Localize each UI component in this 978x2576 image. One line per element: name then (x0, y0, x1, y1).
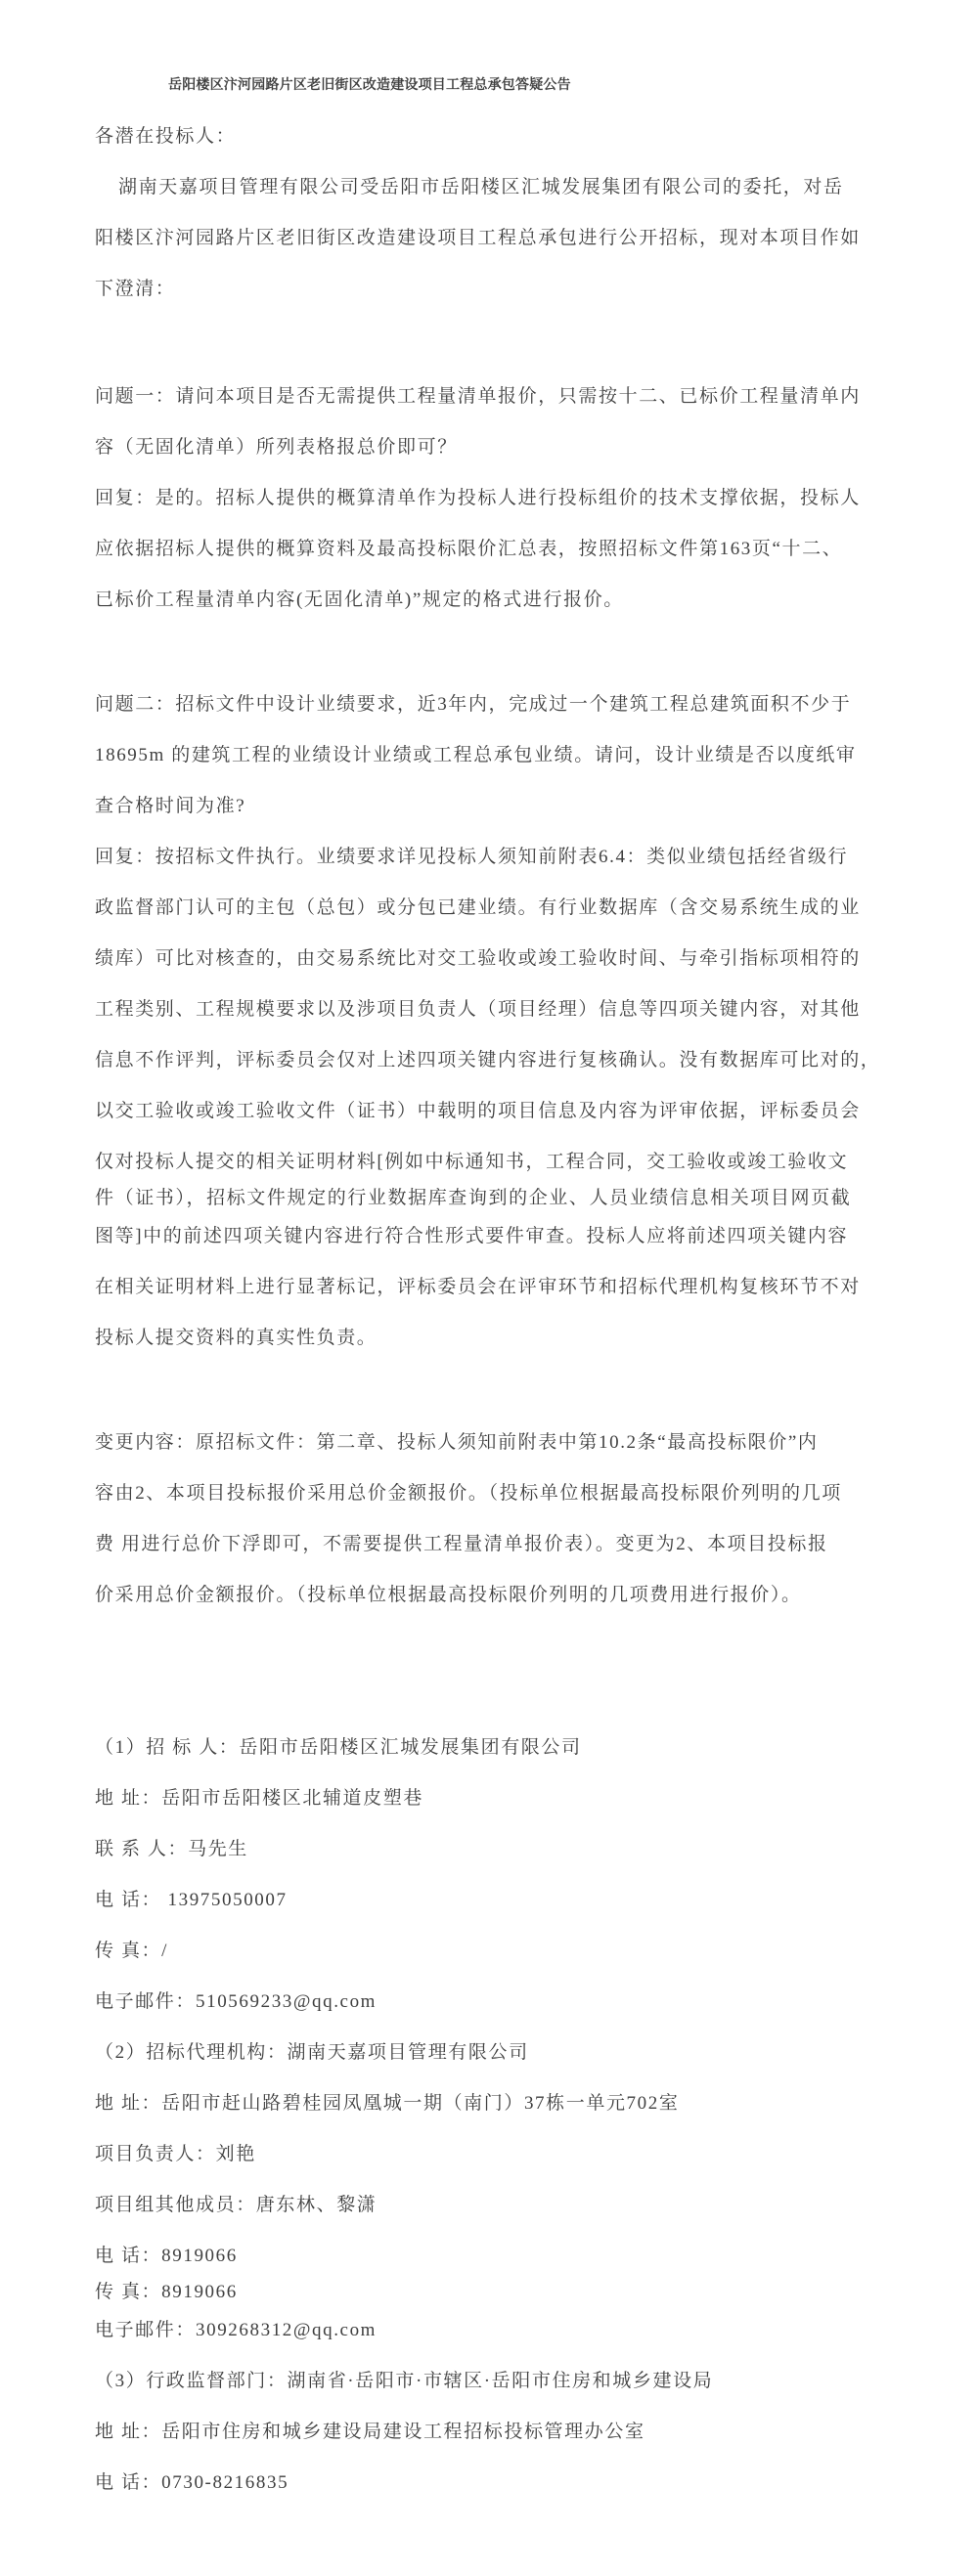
question2-reply-line: 仅对投标人提交的相关证明材料[例如中标通知书，工程合同，交工验收或竣工验收文 (95, 1137, 880, 1188)
intro-line: 湖南天嘉项目管理有限公司受岳阳市岳阳楼区汇城发展集团有限公司的委托，对岳 (95, 162, 880, 213)
intro-line: 下澄清： (95, 264, 880, 315)
blank-spacer (95, 1364, 880, 1418)
blank-spacer (95, 626, 880, 679)
question2-reply-line: 以交工验收或竣工验收文件（证书）中载明的项目信息及内容为评审依据，评标委员会 (95, 1086, 880, 1137)
tenderer-name-line: （1）招 标 人：岳阳市岳阳楼区汇城发展集团有限公司 (95, 1723, 880, 1773)
question2-reply-line: 工程类别、工程规模要求以及涉项目负责人（项目经理）信息等四项关键内容，对其他 (95, 984, 880, 1035)
question2-line: 查合格时间为准? (95, 781, 880, 832)
supervisor-name-line: （3）行政监督部门：湖南省·岳阳市·市辖区·岳阳市住房和城乡建设局 (95, 2356, 880, 2407)
agency-address-line: 地 址：岳阳市赶山路碧桂园凤凰城一期（南门）37栋一单元702室 (95, 2078, 880, 2129)
question2-reply-line: 投标人提交资料的真实性负责。 (95, 1313, 880, 1364)
tenderer-email-line: 电子邮件：510569233@qq.com (95, 1977, 880, 2028)
tenderer-phone-line: 电 话： 13975050007 (95, 1875, 880, 1926)
question1-reply-line: 回复：是的。招标人提供的概算清单作为投标人进行投标组价的技术支撑依据，投标人 (95, 473, 880, 524)
question2-reply-line: 在相关证明材料上进行显著标记，评标委员会在评审环节和招标代理机构复核环节不对 (95, 1262, 880, 1313)
agency-manager-line: 项目负责人：刘艳 (95, 2129, 880, 2180)
question2-reply-line: 绩库）可比对核查的，由交易系统比对交工验收或竣工验收时间、与牵引指标项相符的 (95, 934, 880, 984)
question1-reply-line: 已标价工程量清单内容(无固化清单)”规定的格式进行报价。 (95, 575, 880, 626)
document-title: 岳阳楼区汴河园路片区老旧街区改造建设项目工程总承包答疑公告 (95, 61, 880, 111)
question2-reply-line: 回复：按招标文件执行。业绩要求详见投标人须知前附表6.4：类似业绩包括经省级行 (95, 832, 880, 883)
change-notice-line: 容由2、本项目投标报价采用总价金额报价。（投标单位根据最高投标限价列明的几项 (95, 1468, 880, 1519)
question2-line: 问题二：招标文件中设计业绩要求，近3年内，完成过一个建筑工程总建筑面积不少于 (95, 679, 880, 730)
document-page: 岳阳楼区汴河园路片区老旧街区改造建设项目工程总承包答疑公告 各潜在投标人： 湖南… (0, 0, 978, 2576)
question1-reply-line: 应依据招标人提供的概算资料及最高投标限价汇总表，按照招标文件第163页“十二、 (95, 524, 880, 575)
blank-spacer (95, 1621, 880, 1723)
question2-reply-line: 政监督部门认可的主包（总包）或分包已建业绩。有行业数据库（含交易系统生成的业 (95, 883, 880, 934)
intro-line: 阳楼区汴河园路片区老旧街区改造建设项目工程总承包进行公开招标，现对本项目作如 (95, 213, 880, 264)
blank-spacer (95, 315, 880, 371)
question2-reply-line: 件（证书），招标文件规定的行业数据库查询到的企业、人员业绩信息相关项目网页截 (95, 1188, 880, 1211)
question2-reply-line: 图等]中的前述四项关键内容进行符合性形式要件审查。投标人应将前述四项关键内容 (95, 1211, 880, 1262)
agency-phone-line: 电 话：8919066 (95, 2231, 880, 2282)
tenderer-fax-line: 传 真：/ (95, 1926, 880, 1977)
change-notice-line: 变更内容：原招标文件：第二章、投标人须知前附表中第10.2条“最高投标限价”内 (95, 1418, 880, 1468)
question1-line: 问题一：请问本项目是否无需提供工程量清单报价，只需按十二、已标价工程量清单内 (95, 371, 880, 422)
agency-email-line: 电子邮件：309268312@qq.com (95, 2305, 880, 2356)
agency-team-line: 项目组其他成员：唐东林、黎潇 (95, 2180, 880, 2231)
question2-line: 18695m 的建筑工程的业绩设计业绩或工程总承包业绩。请问，设计业绩是否以度纸… (95, 730, 880, 781)
agency-fax-line: 传 真：8919066 (95, 2282, 880, 2305)
supervisor-phone-line: 电 话：0730-8216835 (95, 2458, 880, 2509)
salutation-line: 各潜在投标人： (95, 111, 880, 162)
question1-line: 容（无固化清单）所列表格报总价即可？ (95, 422, 880, 473)
change-notice-line: 费 用进行总价下浮即可，不需要提供工程量清单报价表）。变更为2、本项目投标报 (95, 1519, 880, 1570)
question2-reply-line: 信息不作评判，评标委员会仅对上述四项关键内容进行复核确认。没有数据库可比对的， (95, 1035, 880, 1086)
supervisor-address-line: 地 址：岳阳市住房和城乡建设局建设工程招标投标管理办公室 (95, 2407, 880, 2458)
tenderer-address-line: 地 址：岳阳市岳阳楼区北辅道皮塑巷 (95, 1773, 880, 1824)
agency-name-line: （2）招标代理机构：湖南天嘉项目管理有限公司 (95, 2028, 880, 2078)
change-notice-line: 价采用总价金额报价。（投标单位根据最高投标限价列明的几项费用进行报价）。 (95, 1570, 880, 1621)
tenderer-contact-line: 联 系 人：马先生 (95, 1824, 880, 1875)
